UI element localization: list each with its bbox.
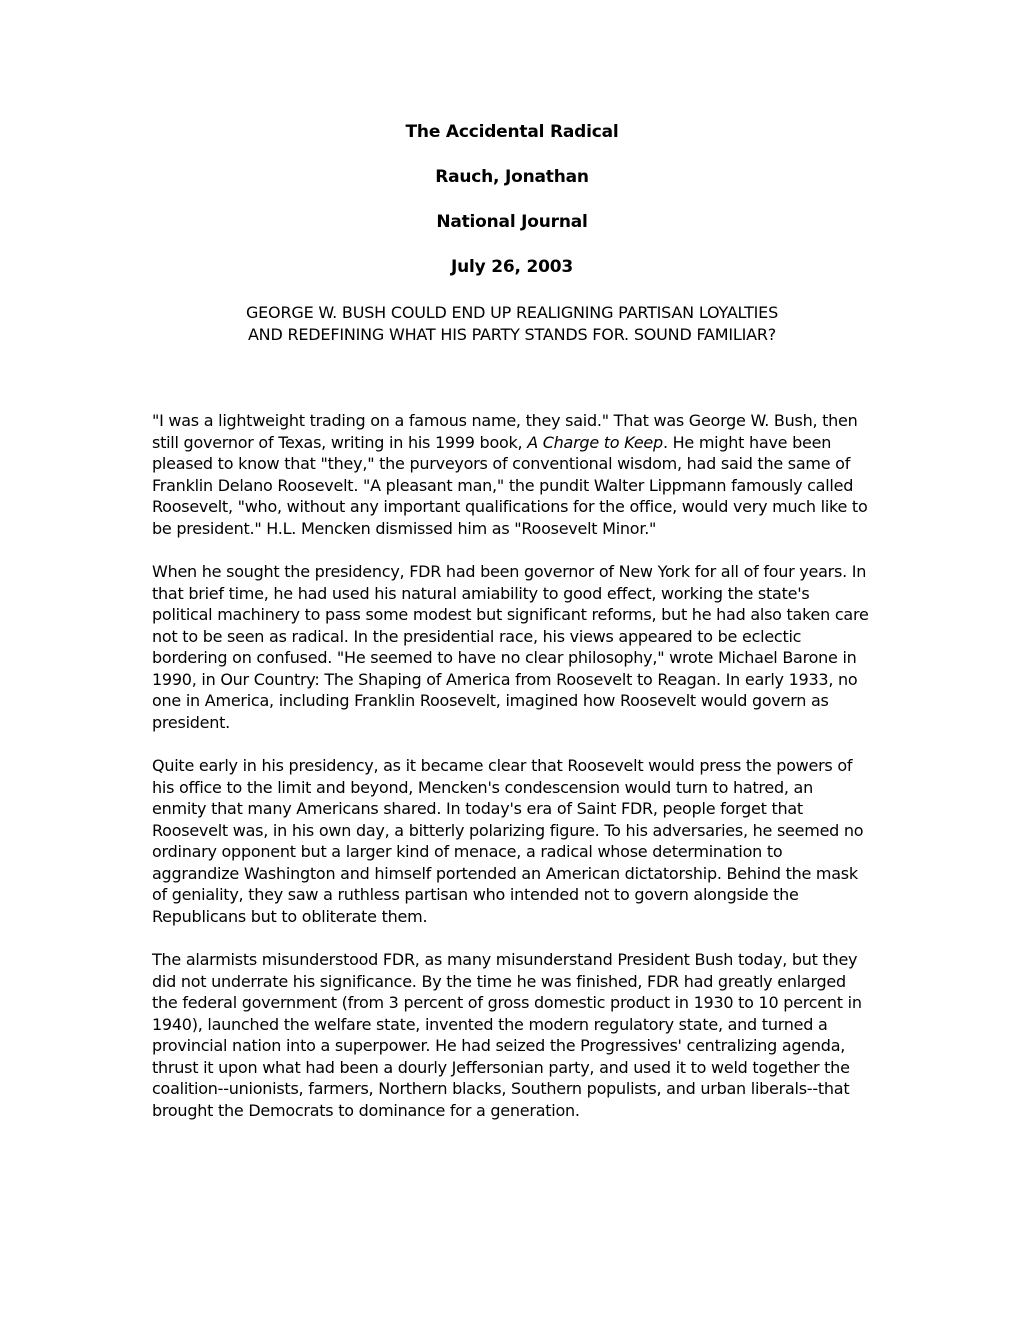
document-page: The Accidental Radical Rauch, Jonathan N… <box>0 0 1020 1320</box>
paragraph-4: The alarmists misunderstood FDR, as many… <box>152 949 872 1121</box>
document-date: July 26, 2003 <box>152 256 872 278</box>
paragraph-2: When he sought the presidency, FDR had b… <box>152 561 872 733</box>
subtitle-line-1: GEORGE W. BUSH COULD END UP REALIGNING P… <box>246 303 778 322</box>
document-subtitle: GEORGE W. BUSH COULD END UP REALIGNING P… <box>152 302 872 346</box>
subtitle-line-2: AND REDEFINING WHAT HIS PARTY STANDS FOR… <box>248 325 776 344</box>
paragraph-3: Quite early in his presidency, as it bec… <box>152 755 872 927</box>
document-title: The Accidental Radical <box>152 121 872 143</box>
book-title-italic: A Charge to Keep <box>527 433 663 452</box>
paragraph-1: "I was a lightweight trading on a famous… <box>152 410 872 539</box>
document-author: Rauch, Jonathan <box>152 166 872 188</box>
document-publication: National Journal <box>152 211 872 233</box>
